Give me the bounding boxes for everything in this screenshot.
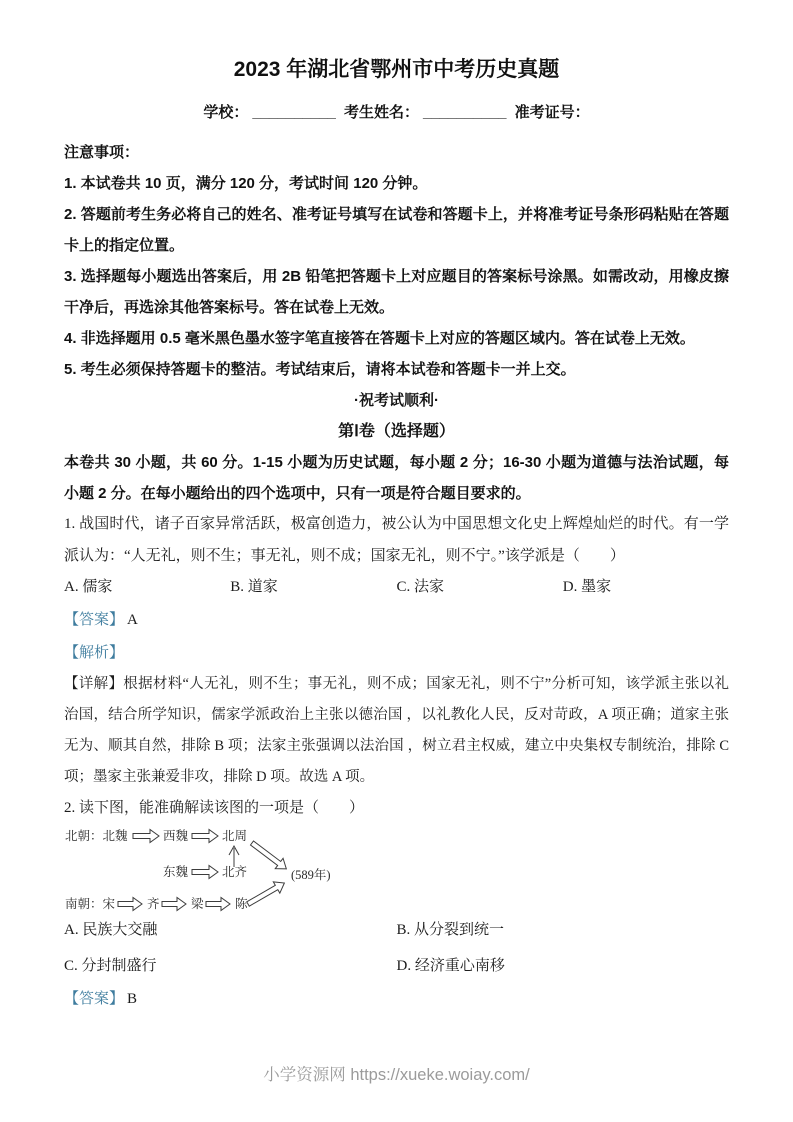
question-2-option-a: A. 民族大交融	[64, 915, 397, 946]
right-arrow-icon	[192, 829, 218, 842]
diagonal-up-arrow-icon	[245, 877, 288, 909]
question-1-option-b: B. 道家	[230, 572, 396, 603]
candidate-info-line: 学校：__________ 考生姓名：__________ 准考证号：	[64, 102, 729, 123]
question-2-answer-value: B	[127, 991, 137, 1007]
question-1-text: 1. 战国时代，诸子百家异常活跃，极富创造力，被公认为中国思想文化史上辉煌灿烂的…	[64, 509, 729, 572]
right-arrow-icon	[162, 897, 186, 910]
question-2-options: A. 民族大交融 B. 从分裂到统一 C. 分封制盛行 D. 经济重心南移	[64, 915, 729, 982]
notice-item-4: 4. 非选择题用 0.5 毫米黑色墨水签字笔直接答在答题卡上对应的答题区域内。答…	[64, 323, 729, 354]
question-1-option-c: C. 法家	[397, 572, 563, 603]
notice-item-5: 5. 考生必须保持答题卡的整洁。考试结束后，请将本试卷和答题卡一并上交。	[64, 354, 729, 385]
right-arrow-icon	[206, 897, 230, 910]
section-intro: 本卷共 30 小题，共 60 分。1-15 小题为历史试题，每小题 2 分；16…	[64, 447, 729, 509]
section-title: 第Ⅰ卷（选择题）	[64, 416, 729, 447]
notice-item-1: 1. 本试卷共 10 页，满分 120 分，考试时间 120 分钟。	[64, 168, 729, 199]
up-arrow-icon	[229, 846, 239, 867]
diagram-west-wei: 西魏	[163, 829, 189, 843]
answer-label: 【答案】	[64, 991, 124, 1007]
diagram-qi: 齐	[147, 897, 160, 911]
diagram-liang: 梁	[191, 896, 204, 911]
question-1-detail-explanation: 【详解】根据材料“人无礼，则不生；事无礼，则不成；国家无礼，则不宁”分析可知，该…	[64, 669, 729, 793]
question-2-option-c: C. 分封制盛行	[64, 951, 397, 982]
question-1-analysis-row: 【解析】	[64, 638, 729, 669]
notice-item-3: 3. 选择题每小题选出答案后，用 2B 铅笔把答题卡上对应题目的答案标号涂黑。如…	[64, 261, 729, 323]
question-1-option-d: D. 墨家	[563, 572, 729, 603]
right-arrow-icon	[133, 829, 159, 842]
notice-heading: 注意事项：	[64, 137, 729, 168]
diagram-south-label: 南朝：宋	[65, 896, 115, 911]
candidate-name-label: 考生姓名：	[344, 104, 419, 121]
question-2-option-b: B. 从分裂到统一	[397, 915, 730, 946]
question-2-answer-row: 【答案】B	[64, 984, 729, 1015]
right-arrow-icon	[118, 897, 142, 910]
right-arrow-icon	[192, 865, 218, 878]
school-label: 学校：	[203, 104, 248, 121]
notice-item-2: 2. 答题前考生务必将自己的姓名、准考证号填写在试卷和答题卡上，并将准考证号条形…	[64, 199, 729, 261]
question-1-answer-value: A	[127, 612, 138, 628]
exam-wish-line: ·祝考试顺利·	[64, 385, 729, 416]
diagram-east-wei: 东魏	[163, 865, 189, 879]
question-1-options: A. 儒家 B. 道家 C. 法家 D. 墨家	[64, 572, 729, 603]
diagram-north-zhou: 北周	[222, 829, 247, 843]
ticket-number-label: 准考证号：	[515, 104, 590, 121]
question-1-option-a: A. 儒家	[64, 572, 230, 603]
page-title: 2023 年湖北省鄂州市中考历史真题	[64, 56, 729, 84]
analysis-label: 【解析】	[64, 645, 124, 661]
answer-label: 【答案】	[64, 612, 124, 628]
exam-paper-page: 2023 年湖北省鄂州市中考历史真题 学校：__________ 考生姓名：__…	[0, 0, 793, 1122]
candidate-name-blank-field: __________	[423, 104, 506, 121]
watermark-footer: 小学资源网 https://xueke.woiay.com/	[0, 1062, 793, 1088]
dynasty-succession-diagram: 北朝：北魏 西魏 北周 东魏 北齐 (589年) 南朝：宋 齐 梁 陈	[64, 825, 729, 915]
diagram-chen: 陈	[235, 897, 248, 911]
diagram-north-label: 北朝：北魏	[65, 828, 128, 843]
question-2-text: 2. 读下图，能准确解读该图的一项是（ ）	[64, 793, 729, 825]
question-2-option-d: D. 经济重心南移	[397, 951, 730, 982]
question-1-answer-row: 【答案】A	[64, 605, 729, 636]
diagonal-down-arrow-icon	[248, 837, 290, 873]
school-blank-field: __________	[252, 104, 335, 121]
diagram-north-qi: 北齐	[222, 865, 248, 879]
diagram-unification-year: (589年)	[291, 867, 331, 882]
